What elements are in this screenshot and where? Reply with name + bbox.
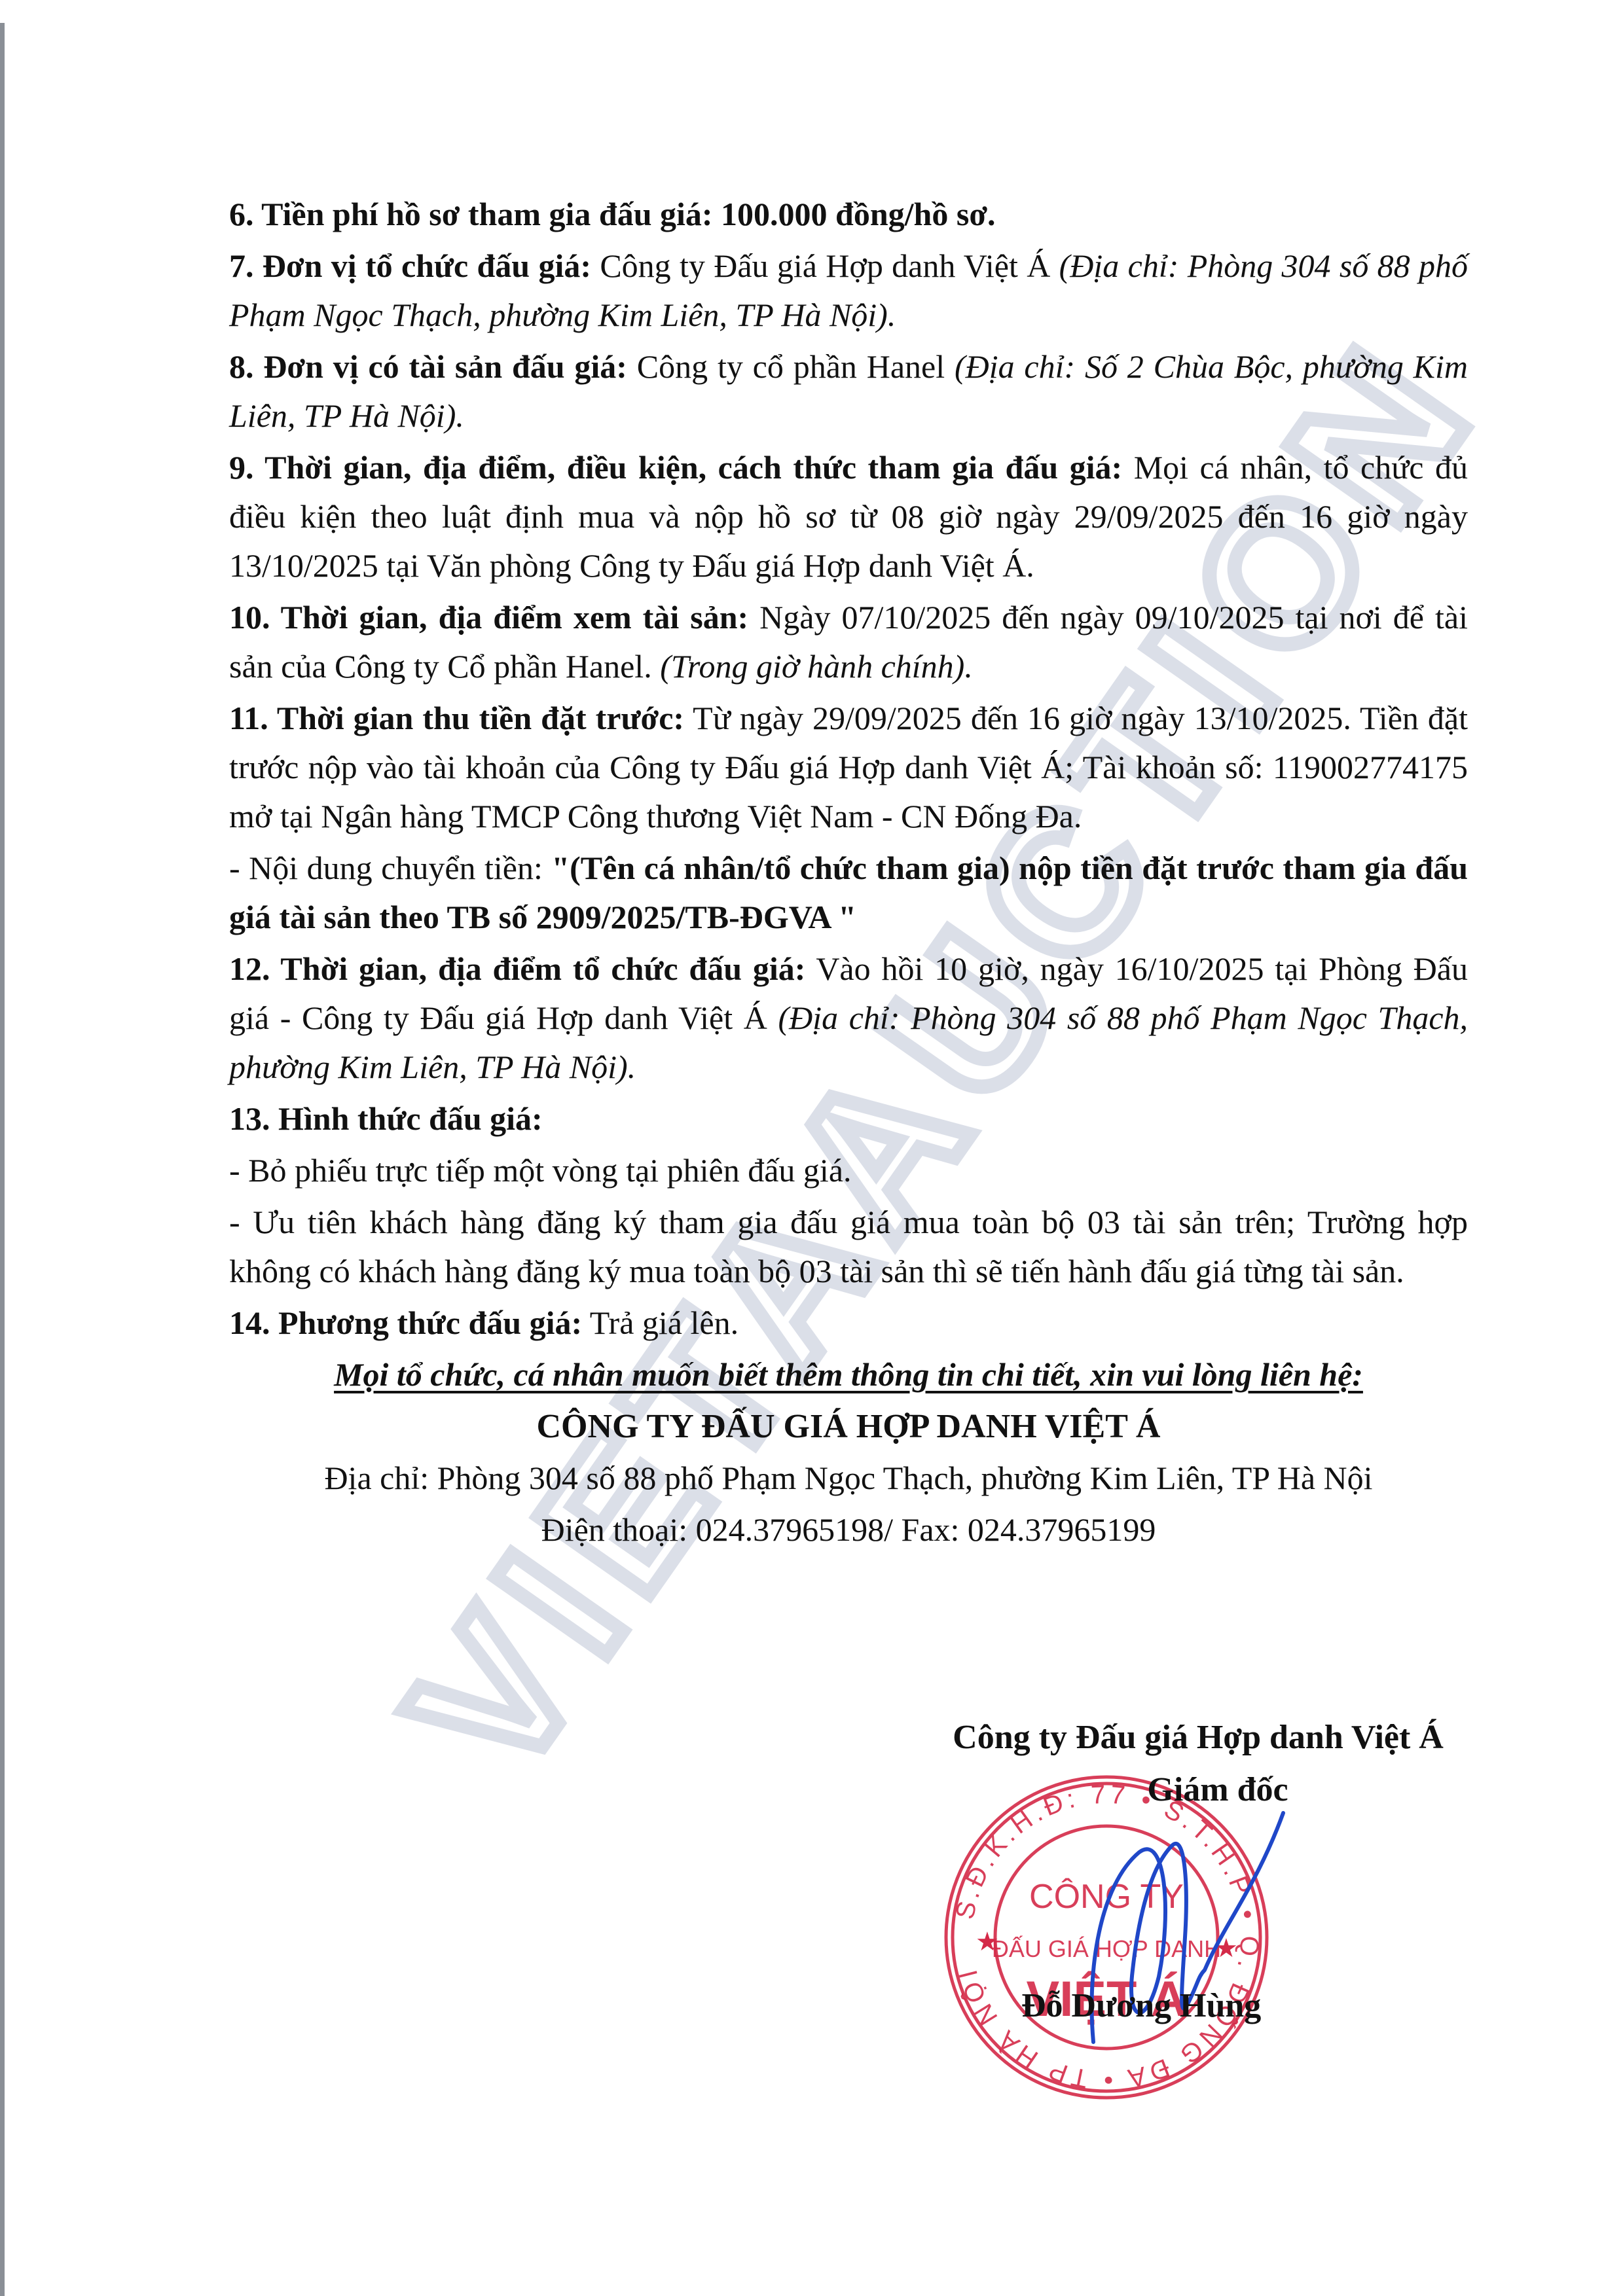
contact-phone: Điện thoại: 024.37965198/ Fax: 024.37965… [229, 1505, 1468, 1554]
contact-heading: Mọi tổ chức, cá nhân muốn biết thêm thôn… [229, 1350, 1468, 1399]
signature-block: Công ty Đấu giá Hợp danh Việt Á Giám đốc… [917, 1712, 1480, 1816]
handwritten-signature [1074, 1806, 1309, 2068]
signatory-role: Giám đốc [956, 1764, 1480, 1816]
item-9: 9. Thời gian, địa điểm, điều kiện, cách … [229, 443, 1468, 590]
item-8-text: Công ty cổ phần Hanel [627, 348, 955, 385]
item-7-text: Công ty Đấu giá Hợp danh Việt Á [591, 247, 1059, 284]
item-12: 12. Thời gian, địa điểm tổ chức đấu giá:… [229, 944, 1468, 1092]
item-11: 11. Thời gian thu tiền đặt trước: Từ ngà… [229, 694, 1468, 841]
signatory-name: Đỗ Dương Hùng [1021, 1986, 1261, 2025]
item-12-label: 12. Thời gian, địa điểm tổ chức đấu giá: [229, 950, 805, 987]
item-11-label: 11. Thời gian thu tiền đặt trước: [229, 700, 684, 736]
item-7: 7. Đơn vị tổ chức đấu giá: Công ty Đấu g… [229, 242, 1468, 340]
item-8-label: 8. Đơn vị có tài sản đấu giá: [229, 348, 627, 385]
item-10: 10. Thời gian, địa điểm xem tài sản: Ngà… [229, 593, 1468, 691]
signatory-company: Công ty Đấu giá Hợp danh Việt Á [917, 1712, 1480, 1764]
item-13: 13. Hình thức đấu giá: [229, 1094, 1468, 1143]
item-10-label: 10. Thời gian, địa điểm xem tài sản: [229, 599, 748, 636]
item-11-transfer: - Nội dung chuyển tiền: "(Tên cá nhân/tổ… [229, 844, 1468, 942]
scan-edge [0, 23, 5, 2296]
item-8: 8. Đơn vị có tài sản đấu giá: Công ty cổ… [229, 342, 1468, 440]
contact-company: CÔNG TY ĐẤU GIÁ HỢP DANH VIỆT Á [229, 1402, 1468, 1451]
item-10-note: (Trong giờ hành chính). [660, 648, 973, 685]
item-6: 6. Tiền phí hồ sơ tham gia đấu giá: 100.… [229, 190, 1468, 239]
item-14: 14. Phương thức đấu giá: Trả giá lên. [229, 1299, 1468, 1348]
item-14-label: 14. Phương thức đấu giá: [229, 1304, 582, 1341]
contact-address: Địa chỉ: Phòng 304 số 88 phố Phạm Ngọc T… [229, 1454, 1468, 1503]
item-13-label: 13. Hình thức đấu giá: [229, 1100, 543, 1137]
item-14-text: Trả giá lên. [582, 1304, 739, 1341]
item-9-label: 9. Thời gian, địa điểm, điều kiện, cách … [229, 449, 1122, 486]
item-13-bullet: - Ưu tiên khách hàng đăng ký tham gia đấ… [229, 1198, 1468, 1296]
item-13-bullet: - Bỏ phiếu trực tiếp một vòng tại phiên … [229, 1146, 1468, 1195]
document-body: 6. Tiền phí hồ sơ tham gia đấu giá: 100.… [229, 190, 1468, 1554]
item-6-text: 6. Tiền phí hồ sơ tham gia đấu giá: 100.… [229, 196, 996, 232]
item-7-label: 7. Đơn vị tổ chức đấu giá: [229, 247, 591, 284]
transfer-prefix: - Nội dung chuyển tiền: [229, 850, 551, 886]
